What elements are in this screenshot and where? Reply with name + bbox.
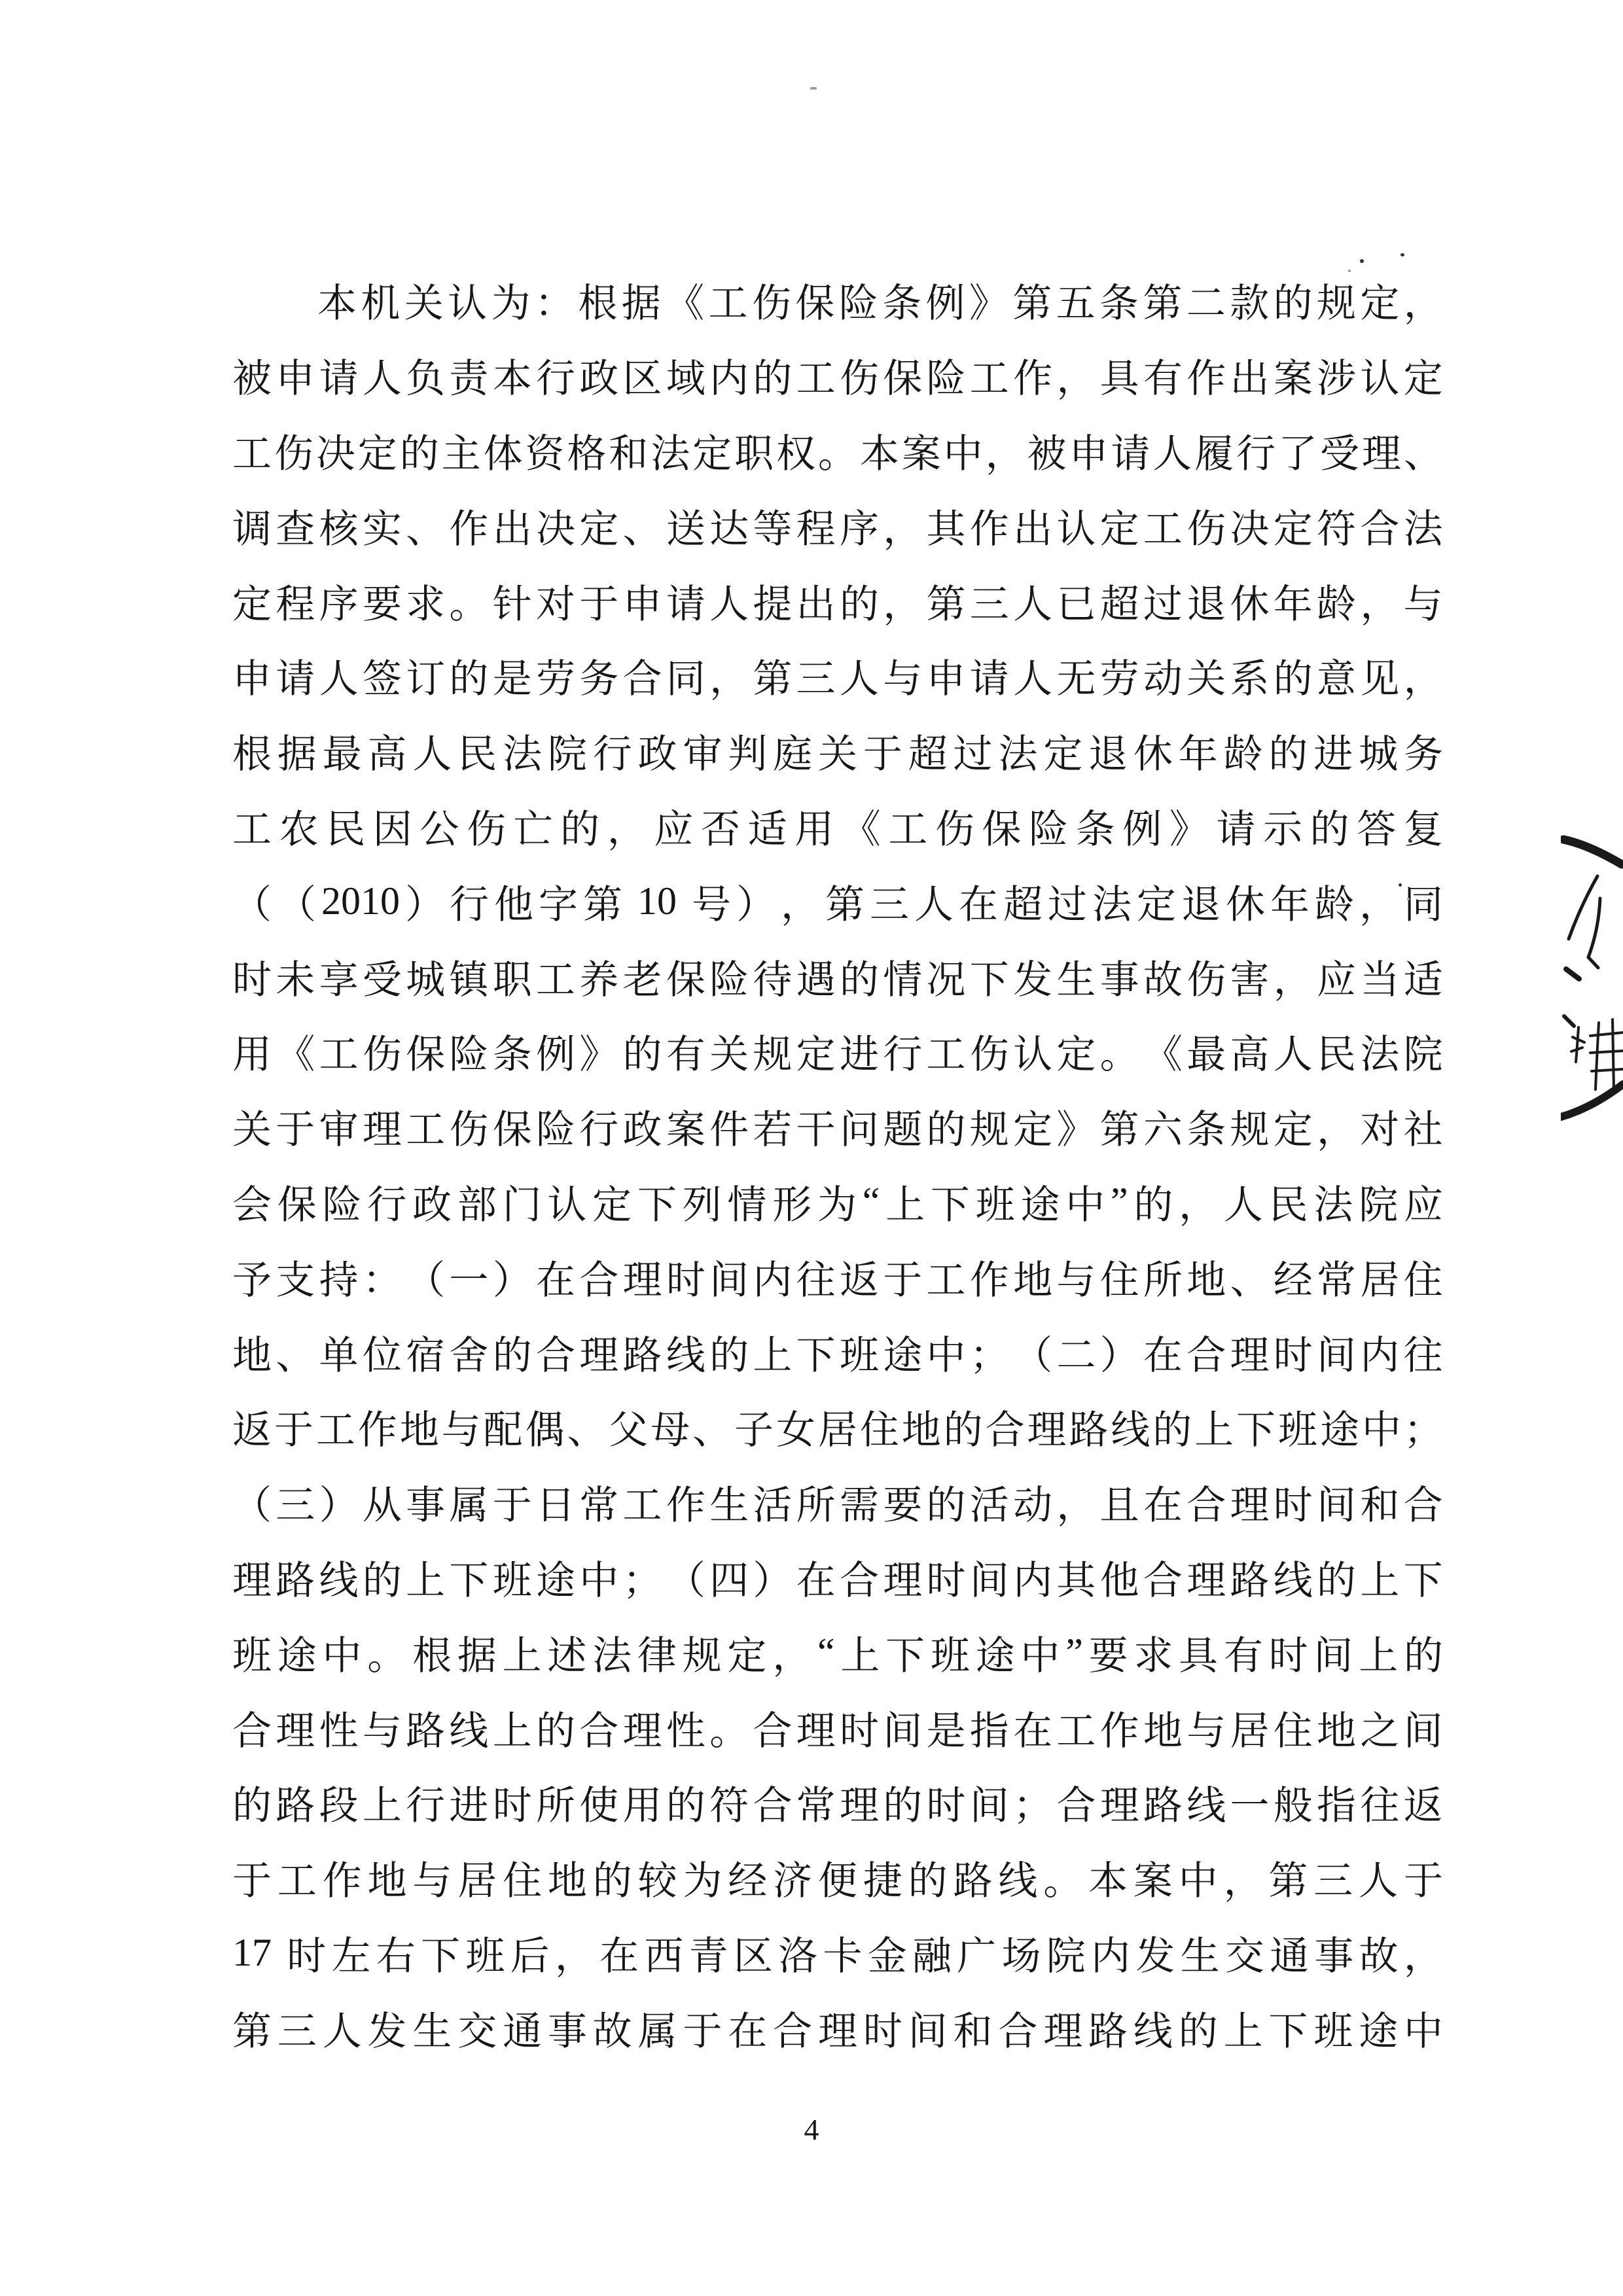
scan-speckle bbox=[1400, 253, 1404, 256]
text-line: 返于工作地与配偶、父母、子女居住地的合理路线的上下班途中； bbox=[232, 1390, 1443, 1465]
text-line: 于工作地与居住地的较为经济便捷的路线。本案中，第三人于 bbox=[232, 1841, 1443, 1916]
text-line: 时未享受城镇职工养老保险待遇的情况下发生事故伤害，应当适 bbox=[232, 939, 1443, 1014]
text-line: 第三人发生交通事故属于在合理时间和合理路线的上下班途中 bbox=[232, 1990, 1443, 2066]
scanned-document-page: 本机关认为：根据《工伤保险条例》第五条第二款的规定，被申请人负责本行政区域内的工… bbox=[0, 0, 1623, 2296]
text-line: 工伤决定的主体资格和法定职权。本案中，被申请人履行了受理、 bbox=[232, 414, 1443, 489]
text-line: 地、单位宿舍的合理路线的上下班途中；（二）在合理时间内往 bbox=[232, 1315, 1443, 1390]
handwritten-margin-mark bbox=[1561, 821, 1623, 1129]
text-line: （（2010）行他字第 10 号），第三人在超过法定退休年龄，同 bbox=[232, 864, 1443, 939]
scan-speckle bbox=[810, 87, 817, 90]
text-line: 的路段上行进时所使用的符合常理的时间；合理路线一般指往返 bbox=[232, 1765, 1443, 1841]
text-line: 理路线的上下班途中；（四）在合理时间内其他合理路线的上下 bbox=[232, 1540, 1443, 1616]
scan-speckle bbox=[1407, 898, 1410, 900]
text-line: 用《工伤保险条例》的有关规定进行工伤认定。《最高人民法院 bbox=[232, 1014, 1443, 1089]
text-line: 班途中。根据上述法律规定，“上下班途中”要求具有时间上的 bbox=[232, 1615, 1443, 1690]
text-line: 予支持：（一）在合理时间内往返于工作地与住所地、经常居住 bbox=[232, 1239, 1443, 1315]
text-line: 定程序要求。针对于申请人提出的，第三人已超过退休年龄，与 bbox=[232, 563, 1443, 639]
page-number: 4 bbox=[0, 2112, 1623, 2147]
text-line: 关于审理工伤保险行政案件若干问题的规定》第六条规定，对社 bbox=[232, 1089, 1443, 1165]
text-line: （三）从事属于日常工作生活所需要的活动，且在合理时间和合 bbox=[232, 1465, 1443, 1540]
scan-speckle bbox=[1399, 883, 1402, 887]
text-line: 会保险行政部门认定下列情形为“上下班途中”的，人民法院应 bbox=[232, 1165, 1443, 1240]
scan-speckle bbox=[1348, 270, 1351, 272]
text-line: 合理性与路线上的合理性。合理时间是指在工作地与居住地之间 bbox=[232, 1690, 1443, 1765]
text-line: 申请人签订的是劳务合同，第三人与申请人无劳动关系的意见， bbox=[232, 639, 1443, 714]
text-line: 本机关认为：根据《工伤保险条例》第五条第二款的规定， bbox=[232, 263, 1443, 338]
scan-speckle bbox=[1408, 839, 1412, 843]
scan-speckle bbox=[1360, 259, 1364, 263]
text-line: 根据最高人民法院行政审判庭关于超过法定退休年龄的进城务 bbox=[232, 714, 1443, 789]
text-line: 工农民因公伤亡的，应否适用《工伤保险条例》请示的答复 bbox=[232, 789, 1443, 864]
scan-speckle bbox=[1385, 2022, 1388, 2025]
text-line: 调查核实、作出决定、送达等程序，其作出认定工伤决定符合法 bbox=[232, 488, 1443, 563]
text-line: 17 时左右下班后，在西青区洛卡金融广场院内发生交通事故， bbox=[232, 1916, 1443, 1991]
body-text: 本机关认为：根据《工伤保险条例》第五条第二款的规定，被申请人负责本行政区域内的工… bbox=[232, 263, 1443, 2066]
text-line: 被申请人负责本行政区域内的工伤保险工作，具有作出案涉认定 bbox=[232, 338, 1443, 414]
